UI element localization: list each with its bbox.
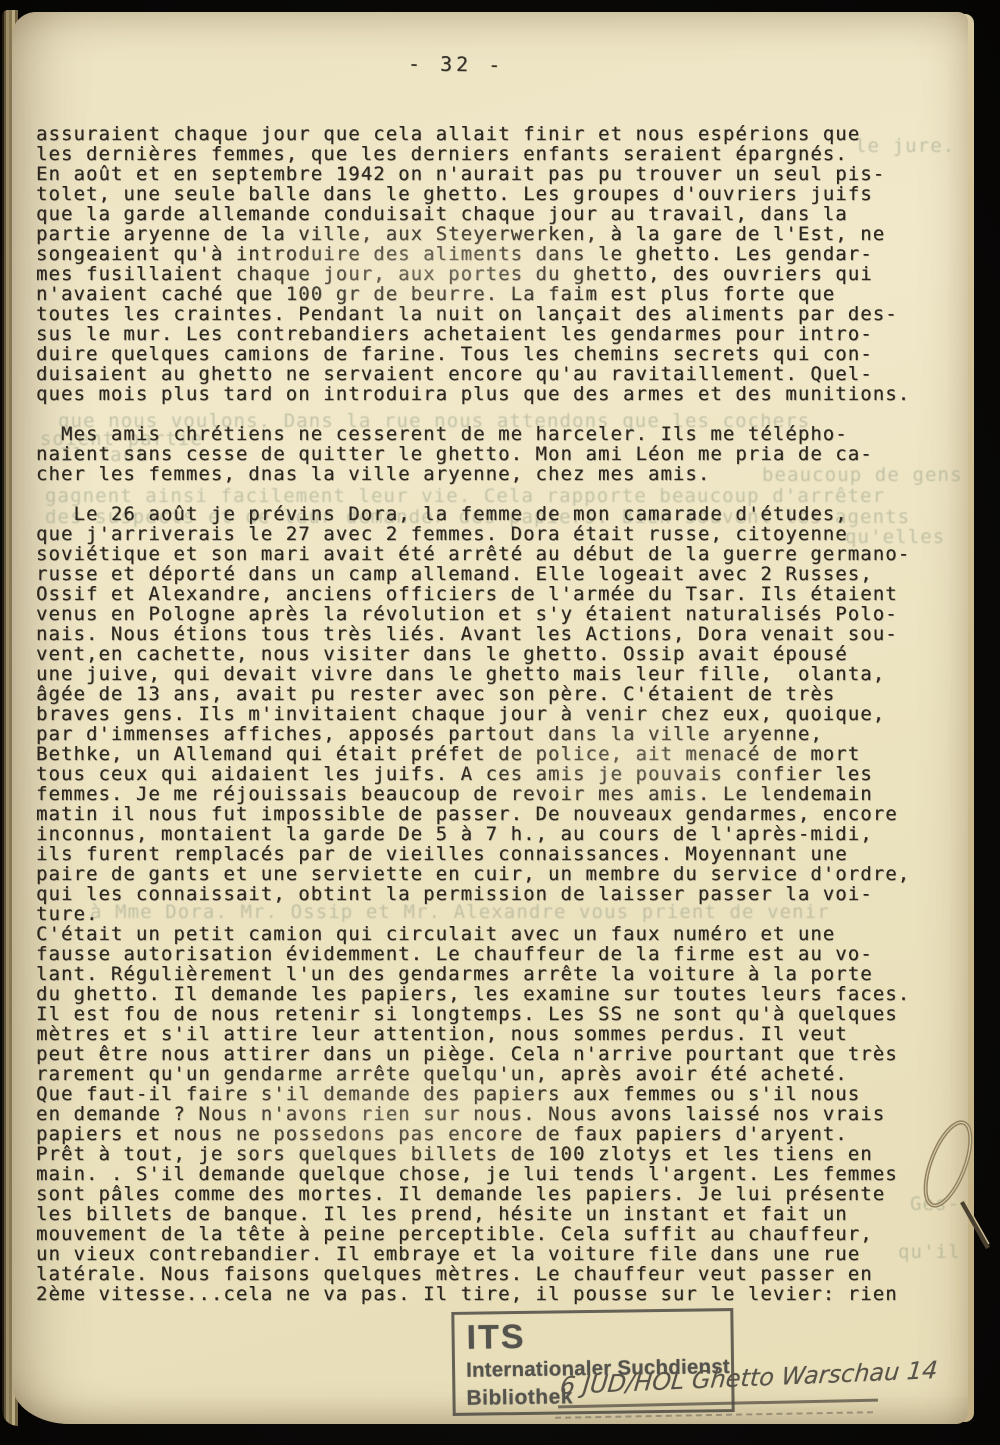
text-line: toutes les craintes. Pendant la nuit on … <box>36 304 948 324</box>
text-line: matin il nous fut impossible de passer. … <box>36 804 948 824</box>
text-line: sus le mur. Les contrebandiers achetaien… <box>36 324 948 344</box>
text-line: soviétique et son mari avait été arrêté … <box>36 544 948 564</box>
text-line: papiers et nous ne possedons pas encore … <box>36 1124 948 1144</box>
text-line: latérale. Nous faisons quelques mètres. … <box>36 1264 948 1284</box>
text-line: que la garde allemande conduisait chaque… <box>36 204 948 224</box>
text-line: main. . S'il demande quelque chose, je l… <box>36 1164 948 1184</box>
text-line: mètres et s'il attire leur attention, no… <box>36 1024 948 1044</box>
text-line: naient sans cesse de quitter le ghetto. … <box>36 444 948 464</box>
text-line <box>36 484 948 504</box>
text-line: braves gens. Ils m'invitaient chaque jou… <box>36 704 948 724</box>
text-line: n'avaient caché que 100 gr de beurre. La… <box>36 284 948 304</box>
text-line: 2ème vitesse...cela ne va pas. Il tire, … <box>36 1284 948 1304</box>
text-line: Mes amis chrétiens ne cesserent de me ha… <box>36 424 948 444</box>
text-line: mouvement de la tête à peine perceptible… <box>36 1224 948 1244</box>
text-line: mes fusillaient chaque jour, aux portes … <box>36 264 948 284</box>
text-line: Ossif et Alexandre, anciens officiers de… <box>36 584 948 604</box>
text-line: un vieux contrebandier. Il embraye et la… <box>36 1244 948 1264</box>
text-line: ils furent remplacés par de vieilles con… <box>36 844 948 864</box>
text-line: du ghetto. Il demande les papiers, les e… <box>36 984 948 1004</box>
text-line: qui les connaissait, obtint la permissio… <box>36 884 948 904</box>
text-line: rarement qu'un gendarme arrête quelqu'un… <box>36 1064 948 1084</box>
page-number: - 32 - <box>408 51 505 76</box>
text-line: C'était un petit camion qui circulait av… <box>36 924 948 944</box>
text-line: venus en Pologne après la révolution et … <box>36 604 948 624</box>
text-line: les billets de banque. Il les prend, hés… <box>36 1204 948 1224</box>
text-line: Que faut-il faire s'il demande des papie… <box>36 1084 948 1104</box>
document-page: le jure.que nous voulons. Dans la rue no… <box>12 12 968 1424</box>
text-line: inconnus, montaient la garde De 5 à 7 h.… <box>36 824 948 844</box>
text-line: âgée de 13 ans, avait pu rester avec son… <box>36 684 948 704</box>
text-line: assuraient chaque jour que cela allait f… <box>36 124 948 144</box>
text-line: les dernières femmes, que les derniers e… <box>36 144 948 164</box>
text-line: En août et en septembre 1942 on n'aurait… <box>36 164 948 184</box>
text-line: vent,en cachette, nous visiter dans le g… <box>36 644 948 664</box>
text-line: ques mois plus tard on introduira plus q… <box>36 384 948 404</box>
text-line: Prêt à tout, je sors quelques billets de… <box>36 1144 948 1164</box>
text-line: partie aryenne de la ville, aux Steyerwe… <box>36 224 948 244</box>
text-line: tous ceux qui aidaient les juifs. A ces … <box>36 764 948 784</box>
text-line: fausse autorisation évidemment. Le chauf… <box>36 944 948 964</box>
text-line: cher les femmes, dnas la ville aryenne, … <box>36 464 948 484</box>
text-line: tolet, une seule balle dans le ghetto. L… <box>36 184 948 204</box>
text-line: femmes. Je me réjouissais beaucoup de re… <box>36 784 948 804</box>
text-line: peut être nous attirer dans un piège. Ce… <box>36 1044 948 1064</box>
text-line <box>36 404 948 424</box>
text-line: que j'arriverais le 27 avec 2 femmes. Do… <box>36 524 948 544</box>
text-line: sont pâles comme des mortes. Il demande … <box>36 1184 948 1204</box>
its-library-stamp: ITS Internationaler Suchdienst Bibliothe… <box>451 1308 734 1416</box>
paperclip <box>912 1116 998 1256</box>
text-line: Le 26 août je prévins Dora, la femme de … <box>36 504 948 524</box>
text-line: une juive, qui devait vivre dans le ghet… <box>36 664 948 684</box>
text-line: Il est fou de nous retenir si longtemps.… <box>36 1004 948 1024</box>
text-line: ture. <box>36 904 948 924</box>
text-line: russe et déporté dans un camp allemand. … <box>36 564 948 584</box>
text-line: songeaient qu'à introduire des aliments … <box>36 244 948 264</box>
text-line: duire quelques camions de farine. Tous l… <box>36 344 948 364</box>
text-line: en demande ? Nous n'avons rien sur nous.… <box>36 1104 948 1124</box>
typewritten-text: assuraient chaque jour que cela allait f… <box>36 124 948 1304</box>
text-line: paire de gants et une serviette en cuir,… <box>36 864 948 884</box>
text-line: Bethke, un Allemand qui était préfet de … <box>36 744 948 764</box>
text-line: nais. Nous étions tous très liés. Avant … <box>36 624 948 644</box>
text-line: lant. Régulièrement l'un des gendarmes a… <box>36 964 948 984</box>
stamp-org-abbreviation: ITS <box>466 1318 525 1358</box>
text-line: duisaient au ghetto ne servaient encore … <box>36 364 948 384</box>
text-line: par d'immenses affiches, apposés partout… <box>36 724 948 744</box>
